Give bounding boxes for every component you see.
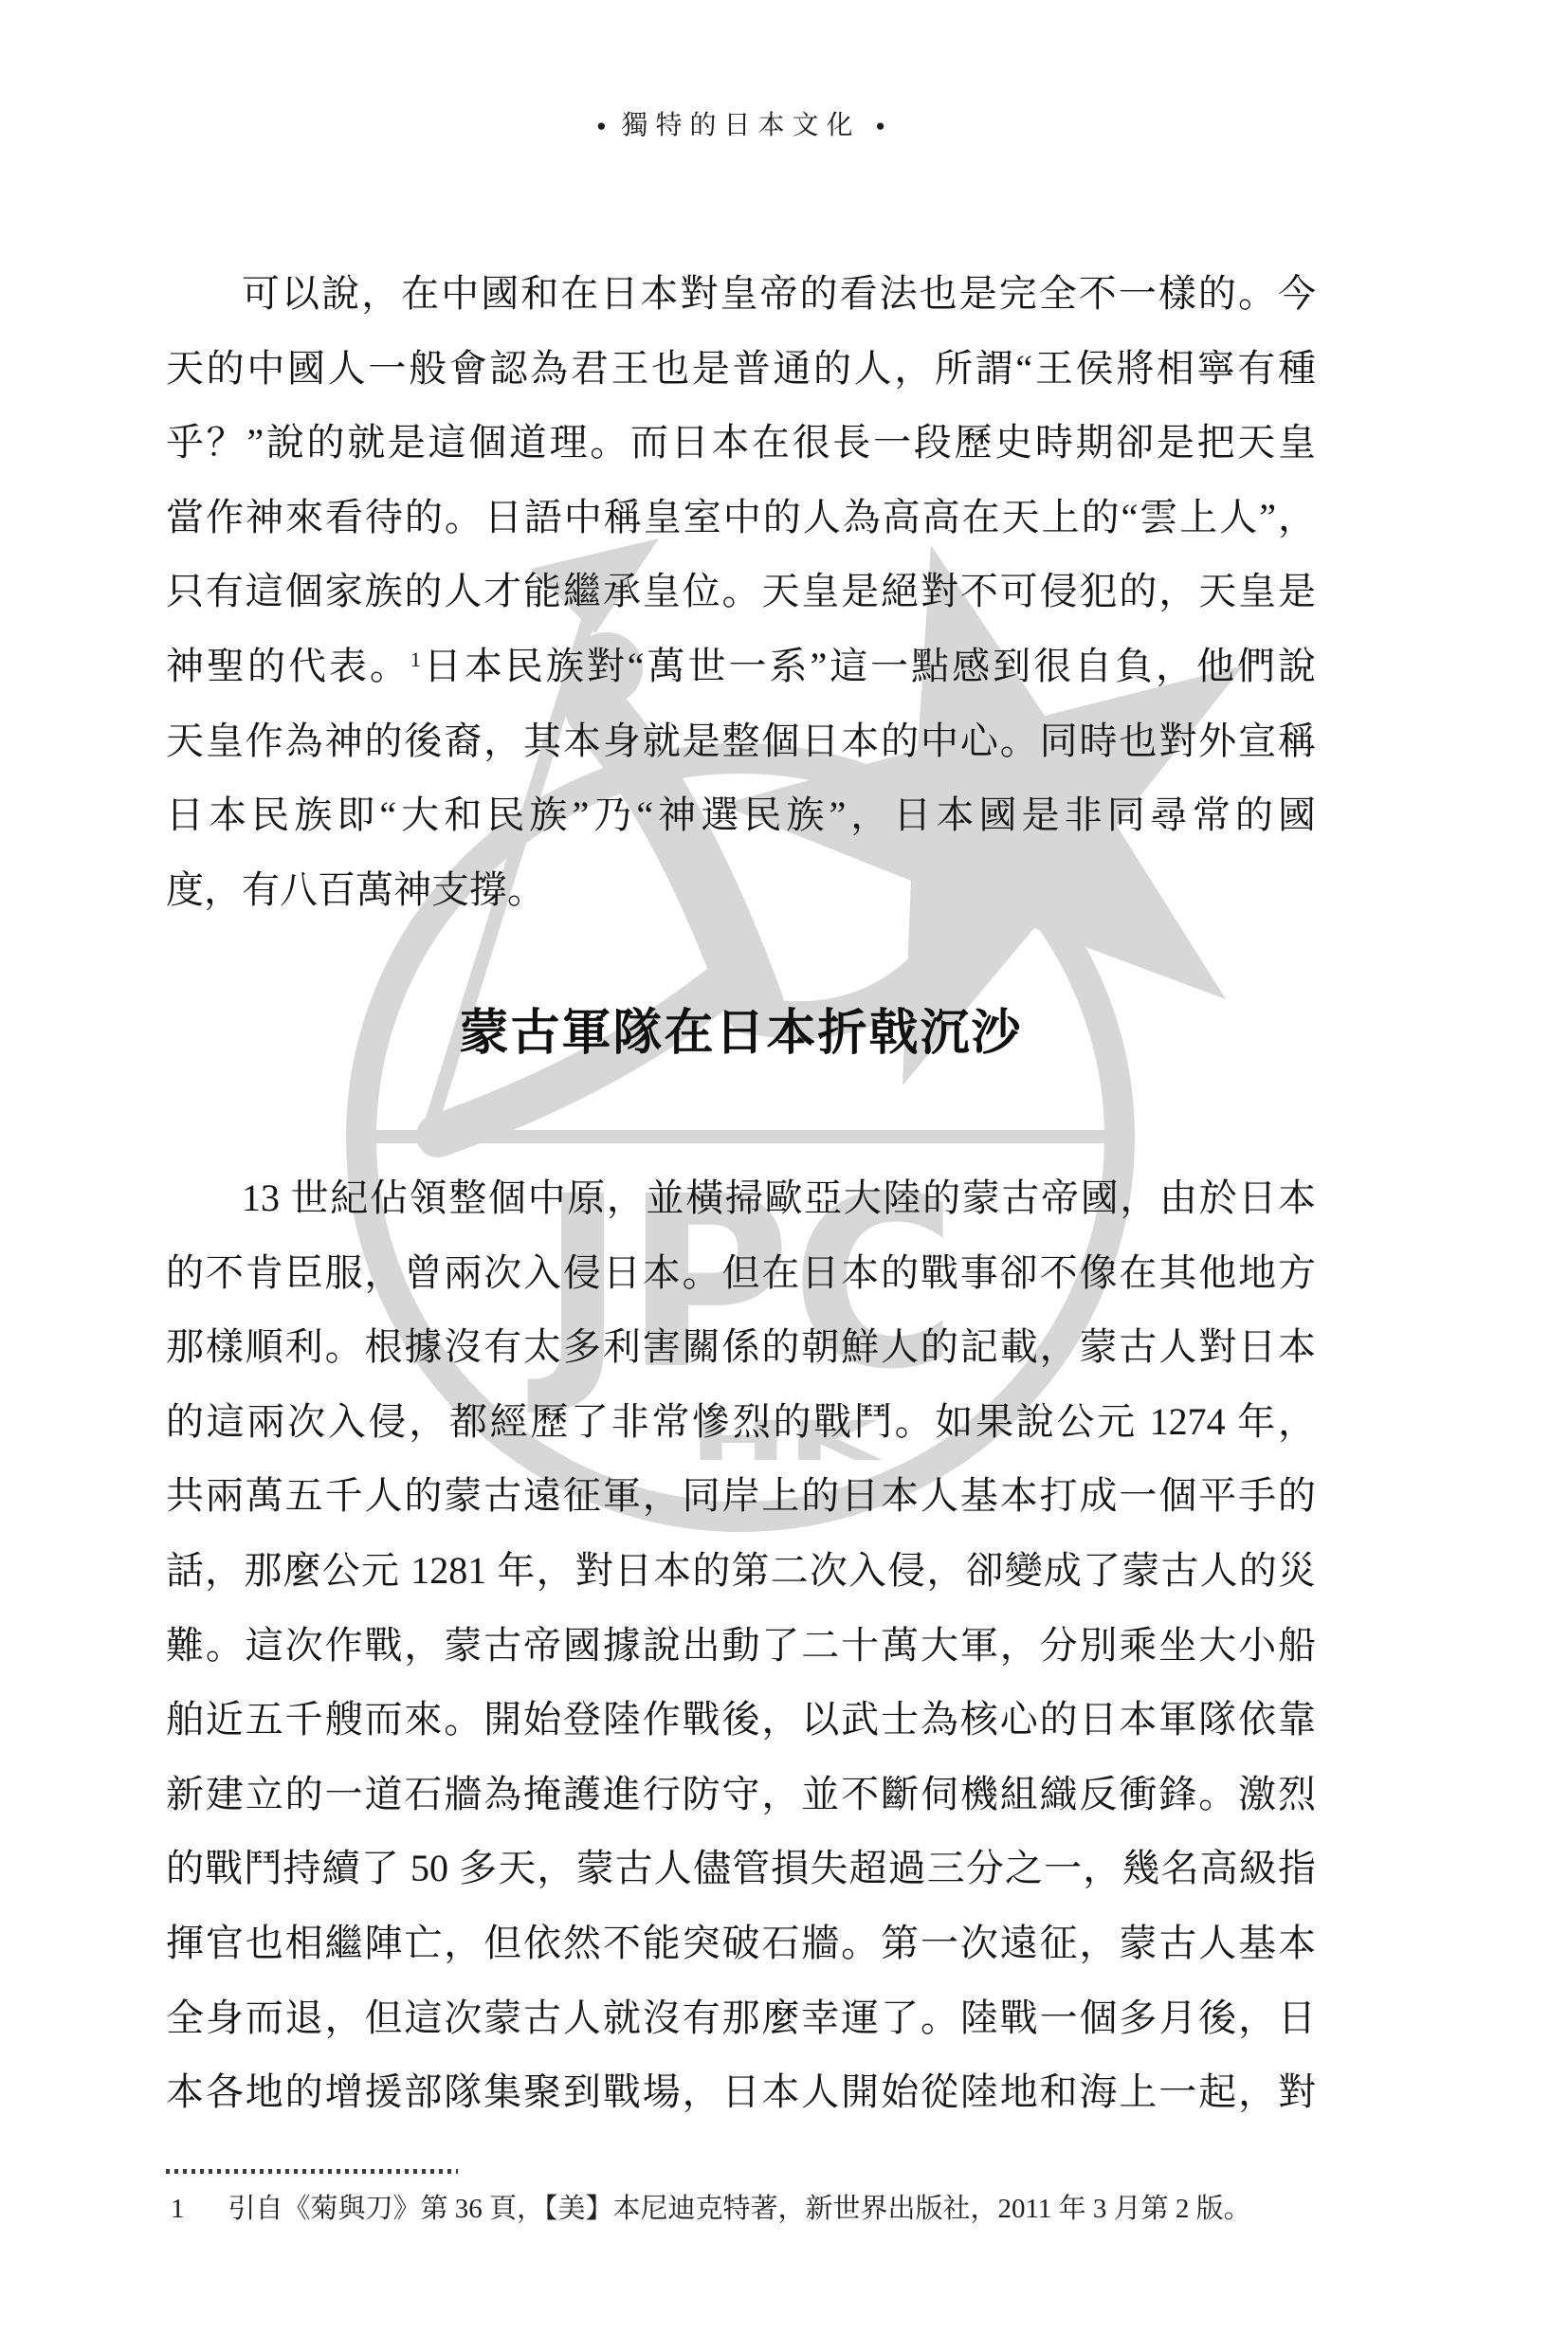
text-line: 的不肯臣服，曾兩次入侵日本。但在日本的戰事卻不像在其他地方 [166,1236,1316,1311]
footnote: 1 引自《菊與刀》第 36 頁，【美】本尼迪克特著，新世界出版社，2011 年 … [171,2188,1346,2230]
text-line: 日本民族即“大和民族”乃“神選民族”，日本國是非同尋常的國 [166,778,1316,853]
text-line: 天的中國人一般會認為君王也是普通的人，所謂“王侯將相寧有種 [166,332,1316,407]
paragraph-1: 可以說，在中國和在日本對皇帝的看法也是完全不一樣的。今天的中國人一般會認為君王也… [166,257,1316,927]
paragraph-2: 13 世紀佔領整個中原，並橫掃歐亞大陸的蒙古帝國，由於日本的不肯臣服，曾兩次入侵… [166,1161,1316,2130]
text-line: 的這兩次入侵，都經歷了非常慘烈的戰鬥。如果說公元 1274 年， [166,1385,1316,1460]
text-line: 揮官也相繼陣亡，但依然不能突破石牆。第一次遠征，蒙古人基本 [166,1906,1316,1981]
text-line: 天皇作為神的後裔，其本身就是整個日本的中心。同時也對外宣稱 [166,704,1316,779]
footnote-number: 1 [171,2188,185,2230]
footnote-text: 引自《菊與刀》第 36 頁，【美】本尼迪克特著，新世界出版社，2011 年 3 … [228,2188,1251,2230]
section-heading: 蒙古軍隊在日本折戟沉沙 [166,1001,1316,1067]
text-line: 神聖的代表。1日本民族對“萬世一系”這一點感到很自負，他們說 [166,629,1316,704]
text-line: 話，那麼公元 1281 年，對日本的第二次入侵，卻變成了蒙古人的災 [166,1534,1316,1609]
running-header-title: 獨特的日本文化 [621,111,860,140]
text-line: 新建立的一道石牆為掩護進行防守，並不斷伺機組織反衝鋒。激烈 [166,1758,1316,1832]
text-line: 13 世紀佔領整個中原，並橫掃歐亞大陸的蒙古帝國，由於日本 [166,1161,1316,1236]
text-line: 只有這個家族的人才能繼承皇位。天皇是絕對不可侵犯的，天皇是 [166,555,1316,629]
footnote-reference: 1 [410,647,421,671]
watermark-ground-line [373,1130,1108,1143]
text-line: 全身而退，但這次蒙古人就沒有那麼幸運了。陸戰一個多月後，日 [166,1981,1316,2056]
text-line: 那樣順利。根據沒有太多利害關係的朝鮮人的記載，蒙古人對日本 [166,1310,1316,1385]
text-line: 的戰鬥持續了 50 多天，蒙古人儘管損失超過三分之一，幾名高級指 [166,1832,1316,1906]
text-line: 難。這次作戰，蒙古帝國據說出動了二十萬大軍，分別乘坐大小船 [166,1609,1316,1684]
text-line: 度，有八百萬神支撐。 [166,853,1316,928]
text-line: 共兩萬五千人的蒙古遠征軍，同岸上的日本人基本打成一個平手的 [166,1459,1316,1534]
text-line: 乎？”說的就是這個道理。而日本在很長一段歷史時期卻是把天皇 [166,406,1316,481]
text-line: 舶近五千艘而來。開始登陸作戰後，以武士為核心的日本軍隊依靠 [166,1683,1316,1758]
header-bullet-right: ● [861,117,901,135]
text-line: 當作神來看待的。日語中稱皇室中的人為高高在天上的“雲上人”， [166,481,1316,556]
running-header: ●獨特的日本文化● [166,104,1316,142]
footnote-rule [166,2169,458,2174]
text-line: 可以說，在中國和在日本對皇帝的看法也是完全不一樣的。今 [166,257,1316,332]
header-bullet-left: ● [581,117,621,135]
text-line: 本各地的增援部隊集聚到戰場，日本人開始從陸地和海上一起，對 [166,2055,1316,2130]
book-page: JPC HK ●獨特的日本文化● 可以說，在中國和在日本對皇帝的看法也是完全不一… [0,0,1568,2352]
